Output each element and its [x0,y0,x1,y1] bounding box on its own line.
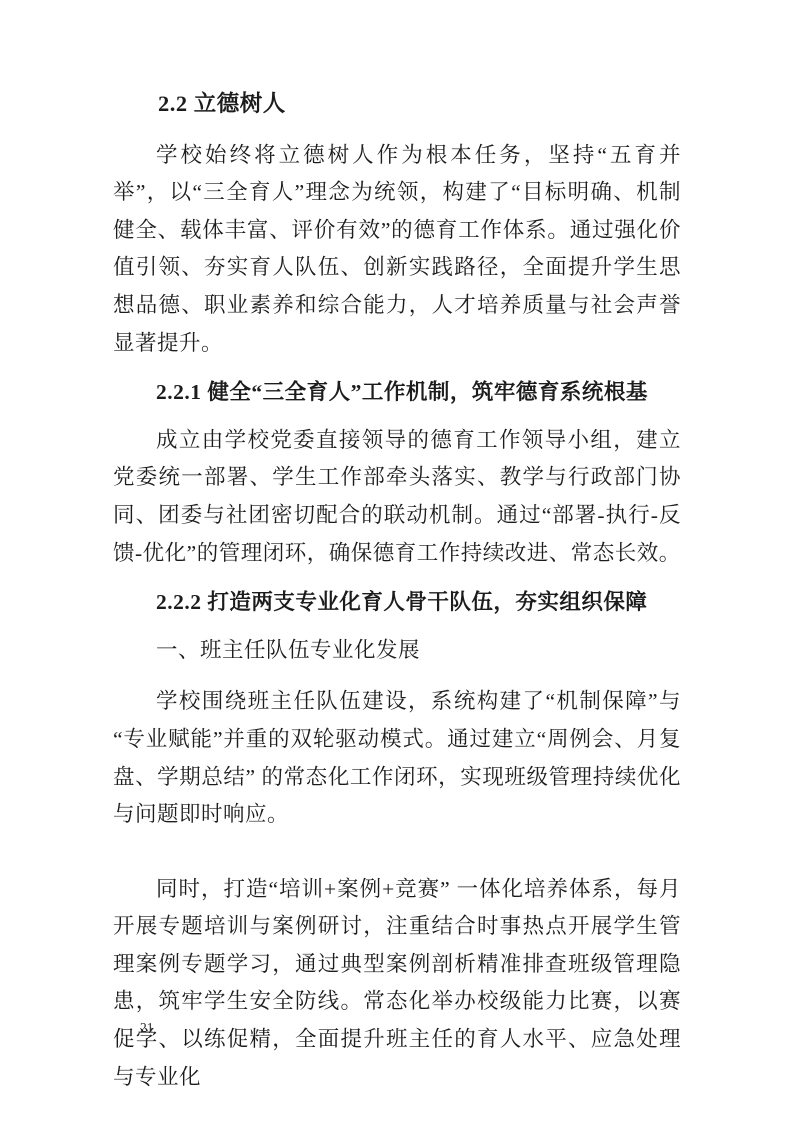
paragraph-mechanism: 成立由学校党委直接领导的德育工作领导小组，建立党委统一部署、学生工作部牵头落实、… [113,422,681,572]
section-heading-2-2: 2.2 立德树人 [113,85,681,123]
subheading-class-teacher-team: 一、班主任队伍专业化发展 [113,632,681,670]
document-page: 2.2 立德树人 学校始终将立德树人作为根本任务，坚持“五育并举”，以“三全育人… [0,0,794,1123]
paragraph-class-teacher: 学校围绕班主任队伍建设，系统构建了“机制保障”与“专业赋能”并重的双轮驱动模式。… [113,683,681,833]
section-heading-2-2-2: 2.2.2 打造两支专业化育人骨干队伍，夯实组织保障 [113,584,681,622]
paragraph-intro: 学校始终将立德树人作为根本任务，坚持“五育并举”，以“三全育人”理念为统领，构建… [113,137,681,363]
document-body: 2.2 立德树人 学校始终将立德树人作为根本任务，坚持“五育并举”，以“三全育人… [113,85,681,1096]
section-heading-2-2-1: 2.2.1 健全“三全育人”工作机制，筑牢德育系统根基 [113,374,681,412]
paragraph-training-system: 同时，打造“培训+案例+竞赛” 一体化培养体系，每月开展专题培训与案例研讨，注重… [113,871,681,1097]
page-number: 21 [140,1020,154,1036]
